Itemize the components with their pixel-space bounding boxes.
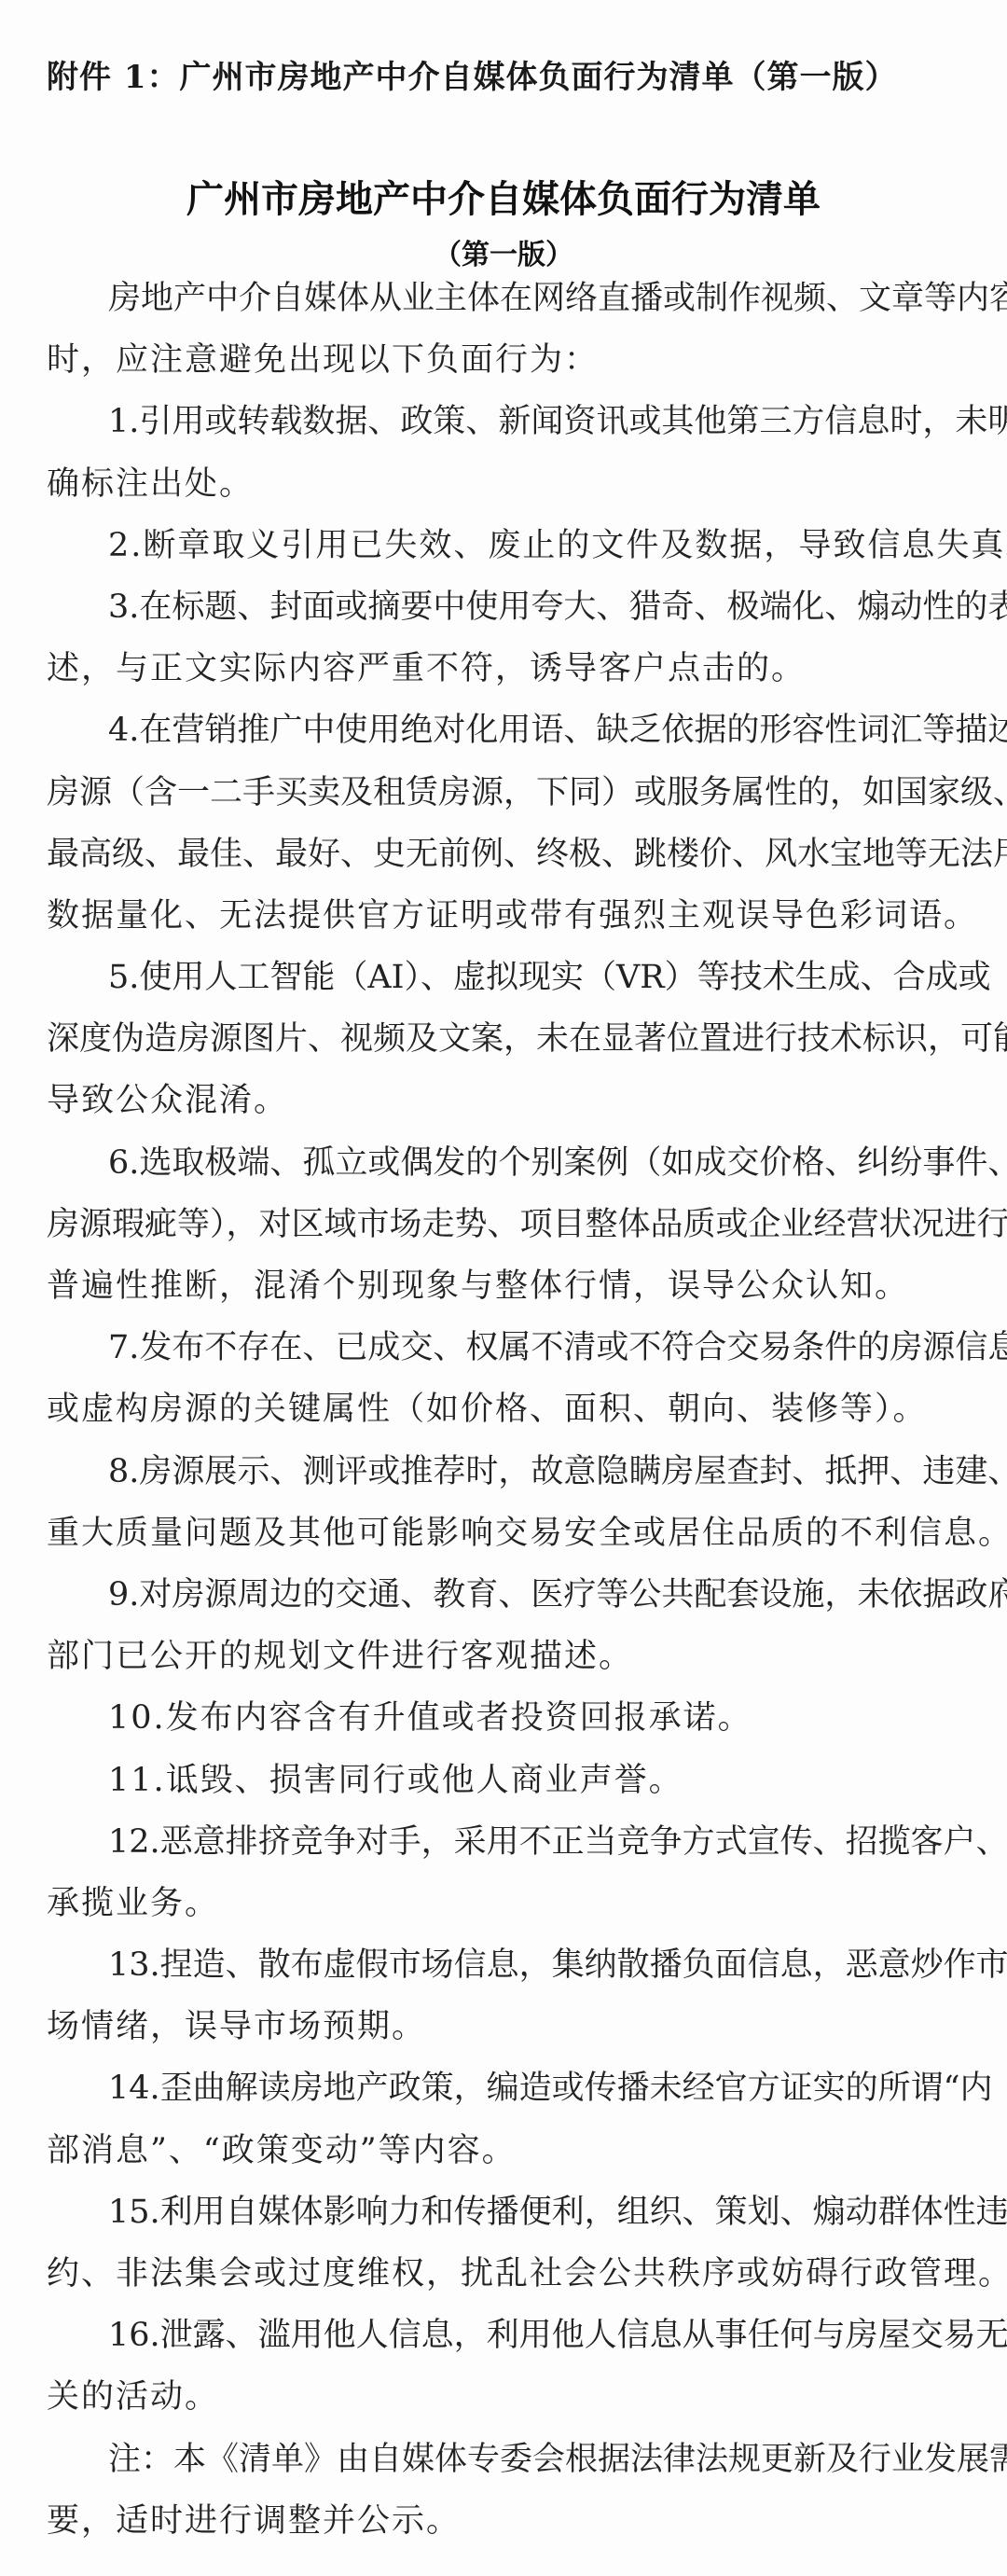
document-title: 广州市房地产中介自媒体负面行为清单 [0,177,1007,222]
note-line: 注：本《清单》由自媒体专委会根据法律法规更新及行业发展需 [47,2429,957,2490]
item-4-line: 房源（含一二手买卖及租赁房源，下同）或服务属性的，如国家级、 [47,762,957,824]
item-3-line: 述，与正文实际内容严重不符，诱导客户点击的。 [47,638,957,699]
item-15-line: 15.利用自媒体影响力和传播便利，组织、策划、煽动群体性违 [47,2181,957,2243]
item-12-line: 12.恶意排挤竞争对手，采用不正当竞争方式宣传、招揽客户、 [47,1811,957,1873]
item-11-line: 11.诋毁、损害同行或他人商业声誉。 [47,1750,957,1811]
item-9-line: 9.对房源周边的交通、教育、医疗等公共配套设施，未依据政府 [47,1564,957,1626]
item-4-line: 数据量化、无法提供官方证明或带有强烈主观误导色彩词语。 [47,885,957,947]
item-13-line: 场情绪，误导市场预期。 [47,1996,957,2057]
item-7-line: 或虚构房源的关键属性（如价格、面积、朝向、装修等）。 [47,1378,957,1440]
item-12-line: 承揽业务。 [47,1873,957,1934]
item-6-line: 房源瑕疵等），对区域市场走势、项目整体品质或企业经营状况进行 [47,1194,957,1255]
item-16-line: 16.泄露、滥用他人信息，利用他人信息从事任何与房屋交易无 [47,2305,957,2366]
item-15-line: 约、非法集会或过度维权，扰乱社会公共秩序或妨碍行政管理。 [47,2243,957,2305]
document-body: 房地产中介自媒体从业主体在网络直播或制作视频、文章等内容 时，应注意避免出现以下… [47,268,957,2552]
item-1-line: 1.引用或转载数据、政策、新闻资讯或其他第三方信息时，未明 [47,391,957,452]
item-8-line: 重大质量问题及其他可能影响交易安全或居住品质的不利信息。 [47,1503,957,1564]
item-9-line: 部门已公开的规划文件进行客观描述。 [47,1626,957,1687]
item-6-line: 6.选取极端、孤立或偶发的个别案例（如成交价格、纠纷事件、 [47,1132,957,1194]
note-line: 要，适时进行调整并公示。 [47,2490,957,2552]
item-8-line: 8.房源展示、测评或推荐时，故意隐瞒房屋查封、抵押、违建、 [47,1441,957,1503]
item-3-line: 3.在标题、封面或摘要中使用夸大、猎奇、极端化、煽动性的表 [47,576,957,638]
item-5-line: 导致公众混淆。 [47,1070,957,1131]
item-6-line: 普遍性推断，混淆个别现象与整体行情，误导公众认知。 [47,1255,957,1317]
item-13-line: 13.捏造、散布虚假市场信息，集纳散播负面信息，恶意炒作市 [47,1934,957,1996]
item-14-line: 部消息”、“政策变动”等内容。 [47,2120,957,2181]
item-14-line: 14.歪曲解读房地产政策，编造或传播未经官方证实的所谓“内 [47,2057,957,2119]
item-5-line: 深度伪造房源图片、视频及文案，未在显著位置进行技术标识，可能 [47,1008,957,1070]
intro-line: 时，应注意避免出现以下负面行为： [47,329,957,391]
item-10-line: 10.发布内容含有升值或者投资回报承诺。 [47,1687,957,1749]
item-4-line: 4.在营销推广中使用绝对化用语、缺乏依据的形容性词汇等描述 [47,699,957,761]
item-2-line: 2.断章取义引用已失效、废止的文件及数据，导致信息失真。 [47,515,957,576]
item-16-line: 关的活动。 [47,2366,957,2428]
intro-line: 房地产中介自媒体从业主体在网络直播或制作视频、文章等内容 [47,268,957,329]
document-subtitle: （第一版） [0,240,1007,271]
document-page: 附件 1：广州市房地产中介自媒体负面行为清单（第一版） 广州市房地产中介自媒体负… [0,0,1007,2576]
item-4-line: 最高级、最佳、最好、史无前例、终极、跳楼价、风水宝地等无法用 [47,824,957,885]
item-7-line: 7.发布不存在、已成交、权属不清或不符合交易条件的房源信息， [47,1317,957,1378]
item-5-line: 5.使用人工智能（AI）、虚拟现实（VR）等技术生成、合成或 [47,947,957,1008]
item-1-line: 确标注出处。 [47,453,957,515]
attachment-header: 附件 1：广州市房地产中介自媒体负面行为清单（第一版） [47,59,898,96]
